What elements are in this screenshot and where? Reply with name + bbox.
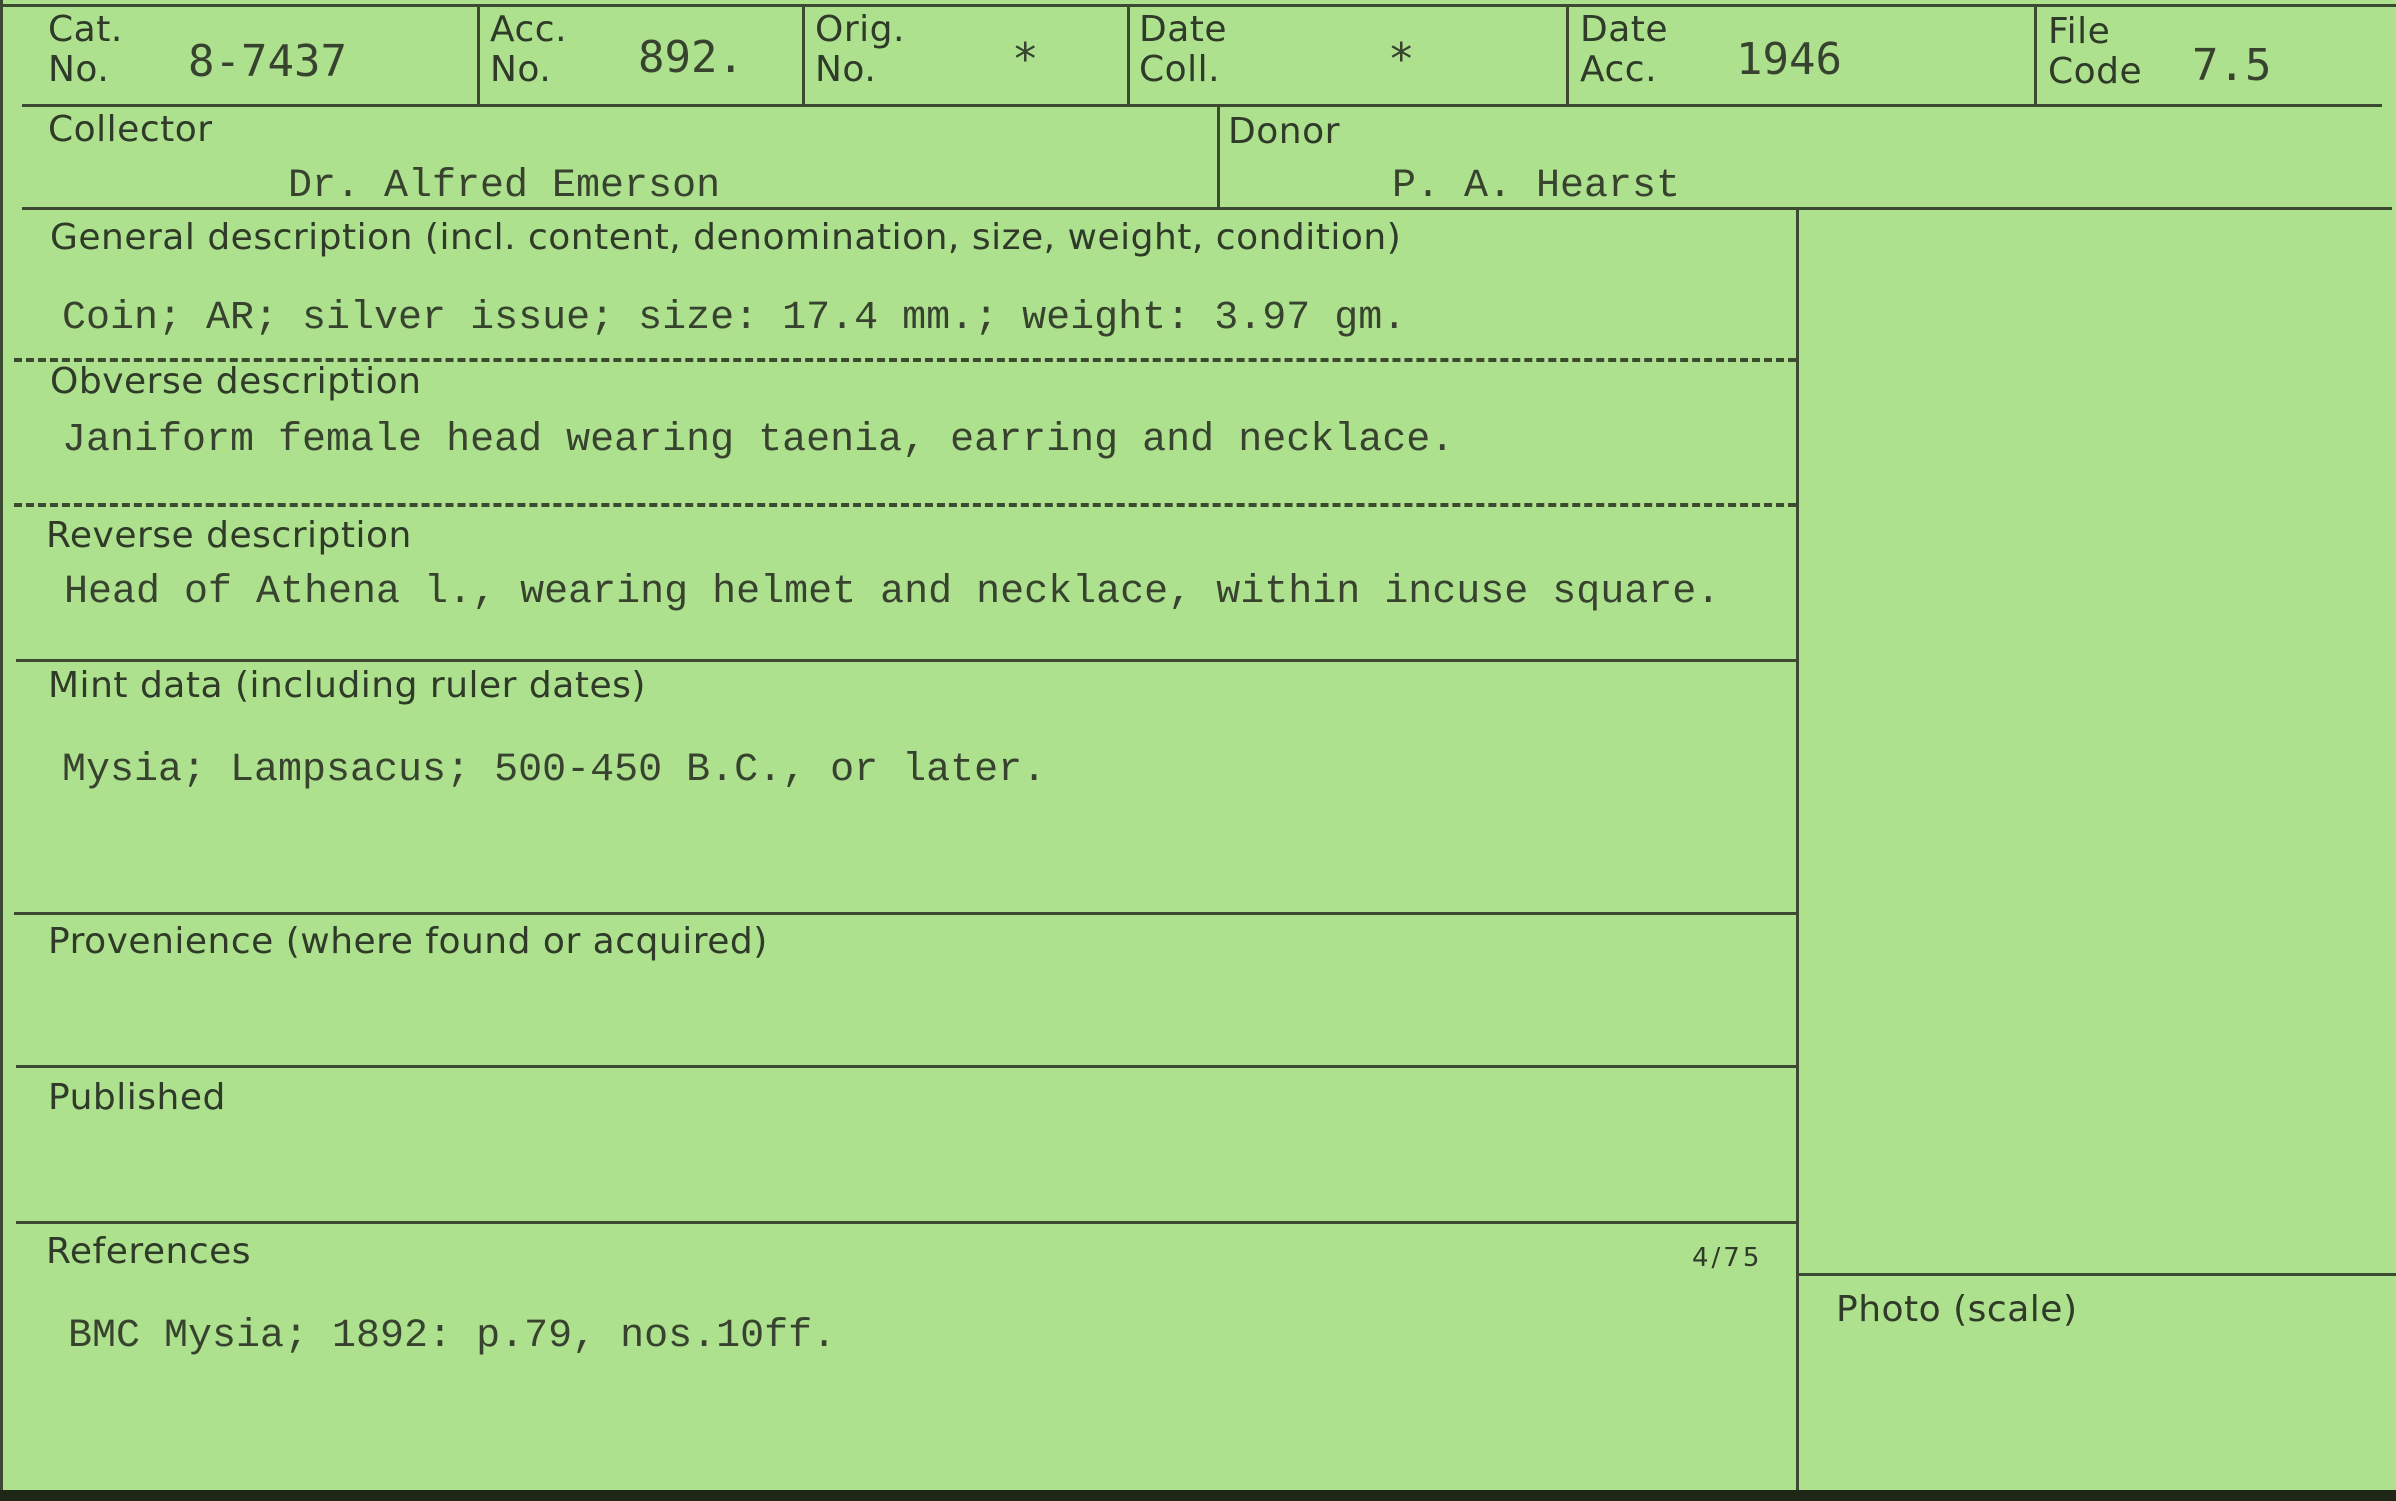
- header-divider-3: [1127, 4, 1130, 105]
- donor-value: P. A. Hearst: [1392, 164, 1680, 209]
- photo-top-rule: [1796, 1273, 2396, 1276]
- mint-data-value: Mysia; Lampsacus; 500-450 B.C., or later…: [62, 748, 1046, 793]
- date-coll-value: *: [1388, 34, 1415, 85]
- photo-scale-label: Photo (scale): [1836, 1290, 2077, 1330]
- acc-no-label: Acc. No.: [490, 10, 567, 89]
- header-divider-4: [1566, 4, 1569, 105]
- reverse-description-bottom-rule: [16, 659, 1796, 662]
- header-row-bottom-rule: [22, 104, 2382, 107]
- provenience-bottom-rule: [16, 1065, 1796, 1068]
- mint-data-bottom-rule: [14, 912, 1796, 915]
- provenience-label: Provenience (where found or acquired): [48, 922, 768, 962]
- general-description-value: Coin; AR; silver issue; size: 17.4 mm.; …: [62, 296, 1406, 341]
- collector-label: Collector: [48, 110, 213, 150]
- published-bottom-rule: [16, 1221, 1796, 1224]
- header-divider-5: [2034, 4, 2037, 105]
- obverse-description-value: Janiform female head wearing taenia, ear…: [62, 418, 1454, 463]
- photo-column-divider: [1796, 207, 1799, 1501]
- published-label: Published: [48, 1078, 226, 1118]
- obverse-description-dashed-rule: [14, 503, 1796, 507]
- date-coll-label: Date Coll.: [1139, 10, 1227, 89]
- obverse-description-label: Obverse description: [50, 362, 421, 402]
- date-acc-label: Date Acc.: [1580, 10, 1668, 89]
- collector-donor-divider: [1217, 104, 1220, 208]
- mint-data-label: Mint data (including ruler dates): [48, 666, 646, 706]
- header-divider-1: [477, 4, 480, 105]
- references-label: References: [46, 1232, 251, 1272]
- acc-no-value: 892.: [638, 32, 744, 83]
- form-code: 4/75: [1692, 1244, 1762, 1273]
- reverse-description-label: Reverse description: [46, 516, 412, 556]
- catalog-card: Cat. No. 8-7437 Acc. No. 892. Orig. No. …: [0, 0, 2396, 1501]
- left-border: [0, 0, 3, 1501]
- orig-no-value: *: [1012, 34, 1039, 85]
- donor-label: Donor: [1228, 112, 1340, 152]
- collector-value: Dr. Alfred Emerson: [288, 164, 720, 209]
- general-description-label: General description (incl. content, deno…: [50, 218, 1401, 258]
- reverse-description-value: Head of Athena l., wearing helmet and ne…: [64, 570, 1720, 615]
- file-code-label: File Code: [2048, 12, 2142, 91]
- date-acc-value: 1946: [1736, 34, 1842, 85]
- cat-no-value: 8-7437: [188, 36, 347, 87]
- file-code-value: 7.5: [2192, 40, 2271, 91]
- orig-no-label: Orig. No.: [815, 10, 905, 89]
- header-divider-2: [802, 4, 805, 105]
- card-bottom-edge: [0, 1490, 2396, 1501]
- cat-no-label: Cat. No.: [48, 10, 123, 89]
- references-value: BMC Mysia; 1892: p.79, nos.10ff.: [68, 1314, 836, 1359]
